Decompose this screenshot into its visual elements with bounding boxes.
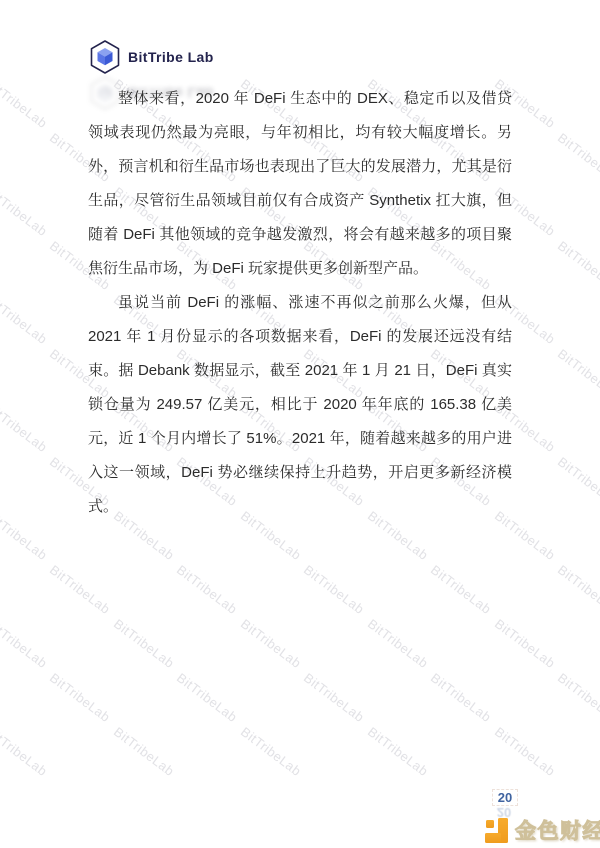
bittribe-cube-icon [90, 40, 120, 74]
watermark-text: BitTribeLab [428, 562, 494, 617]
watermark-text: BitTribeLab [555, 562, 600, 617]
jinse-finance-icon [485, 818, 508, 843]
watermark-text: BitTribeLab [111, 724, 177, 779]
bittribe-logo: BitTribe Lab [90, 40, 214, 74]
watermark-text: BitTribeLab [428, 670, 494, 725]
watermark-text: BitTribeLab [492, 724, 558, 779]
document-page: BitTribeLabBitTribeLabBitTribeLabBitTrib… [0, 0, 600, 848]
jinse-finance-name: 金色财经 [515, 815, 600, 845]
watermark-text: BitTribeLab [555, 454, 600, 509]
watermark-text: BitTribeLab [0, 184, 50, 239]
watermark-text: BitTribeLab [0, 400, 50, 455]
watermark-text: BitTribeLab [111, 616, 177, 671]
article-body: 整体来看，2020 年 DeFi 生态中的 DEX、稳定币以及借贷领域表现仍然最… [88, 82, 512, 524]
watermark-text: BitTribeLab [238, 724, 304, 779]
jinse-finance-badge: 金色财经 [485, 815, 600, 845]
watermark-text: BitTribeLab [0, 76, 50, 131]
watermark-text: BitTribeLab [238, 616, 304, 671]
watermark-text: BitTribeLab [301, 670, 367, 725]
watermark-text: BitTribeLab [174, 562, 240, 617]
watermark-text: BitTribeLab [555, 238, 600, 293]
watermark-text: BitTribeLab [555, 346, 600, 401]
watermark-text: BitTribeLab [555, 670, 600, 725]
watermark-text: BitTribeLab [365, 616, 431, 671]
watermark-text: BitTribeLab [47, 562, 113, 617]
watermark-text: BitTribeLab [365, 724, 431, 779]
watermark-text: BitTribeLab [174, 670, 240, 725]
page-number: 20 [492, 789, 518, 806]
brand-name: BitTribe Lab [128, 49, 214, 65]
watermark-text: BitTribeLab [47, 670, 113, 725]
watermark-text: BitTribeLab [555, 130, 600, 185]
watermark-text: BitTribeLab [0, 508, 50, 563]
paragraph-1: 整体来看，2020 年 DeFi 生态中的 DEX、稳定币以及借贷领域表现仍然最… [88, 82, 512, 286]
watermark-text: BitTribeLab [492, 616, 558, 671]
paragraph-2: 虽说当前 DeFi 的涨幅、涨速不再似之前那么火爆，但从 2021 年 1 月份… [88, 286, 512, 524]
watermark-text: BitTribeLab [0, 292, 50, 347]
watermark-text: BitTribeLab [0, 616, 50, 671]
watermark-text: BitTribeLab [301, 562, 367, 617]
watermark-text: BitTribeLab [0, 724, 50, 779]
